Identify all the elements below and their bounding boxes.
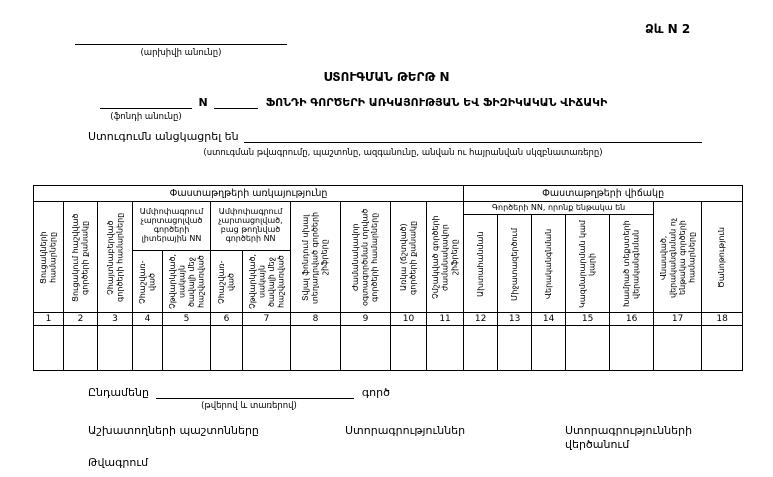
col-num-10: 10 <box>391 313 427 326</box>
subgroup-4-5: Ամփոփագրում չարտացոլված գործերի լիտերայի… <box>133 202 211 251</box>
data-cell-5[interactable] <box>163 326 211 371</box>
verification-field[interactable] <box>244 131 702 143</box>
signatures-label: Ստորագրություններ <box>345 424 465 437</box>
subtitle-line: N ՖՈՆԴԻ ԳՈՐԾԵՐԻ ԱՌԿԱՅՈՒԹՅԱՆ ԵՎ ՖԻԶԻԿԱԿԱՆ… <box>100 96 607 109</box>
col-num-7: 7 <box>243 313 291 326</box>
col-num-5: 5 <box>163 313 211 326</box>
col-num-8: 8 <box>291 313 341 326</box>
col-num-4: 4 <box>133 313 163 326</box>
col-header-2: Ցուցակում հաշվված գործերի քանակը <box>71 205 90 310</box>
col-header-17: Վնասված, վերականգնման ոչ ենթակա գործերի … <box>659 205 697 310</box>
col-header-5: Չթվարկված, սակայն ծավալի մեջ հաշվառված <box>168 254 206 310</box>
col-header-3: Չհայտնաբերված գործերի համարները <box>106 205 125 310</box>
verification-label: Ստուգումն անցկացրել են <box>88 130 239 143</box>
col-num-11: 11 <box>427 313 464 326</box>
total-caption: (թվերով և տառերով) <box>150 401 348 411</box>
subtitle-text: ՖՈՆԴԻ ԳՈՐԾԵՐԻ ԱՌԿԱՅՈՒԹՅԱՆ ԵՎ ՖԻԶԻԿԱԿԱՆ Վ… <box>262 96 608 109</box>
page-title: ՍՏՈՒԳՄԱՆ ԹԵՐԹ N <box>0 70 773 84</box>
col-num-3: 3 <box>98 313 133 326</box>
col-header-18: Ծանոթություն <box>717 205 726 310</box>
col-header-8: Տվյալ ֆոնդում սխալ տեղադրված գործերի շիֆ… <box>301 205 329 310</box>
col-header-7: Չթվարկված, սակայն ծավալի մեջ հաշվառված <box>248 254 286 310</box>
fond-number-field[interactable] <box>214 97 258 109</box>
subgroup-6-7: Ամփոփագրում չարտացոլված, բաց թողնված գոր… <box>211 202 291 251</box>
data-cell-18[interactable] <box>702 326 743 371</box>
col-header-4: Չհաշվառ-ված <box>138 254 157 310</box>
col-num-17: 17 <box>654 313 702 326</box>
col-num-1: 1 <box>34 313 64 326</box>
data-cell-2[interactable] <box>64 326 98 371</box>
archive-name-field[interactable] <box>75 32 287 45</box>
data-cell-6[interactable] <box>211 326 243 371</box>
col-header-13: Միջատազերծում <box>510 218 519 310</box>
data-cell-10[interactable] <box>391 326 427 371</box>
verification-caption: (ստուգման թվագրումը, պաշտոնը, ազգանունը,… <box>120 148 686 158</box>
total-label: Ընդամենը <box>88 386 149 399</box>
col-num-6: 6 <box>211 313 243 326</box>
col-num-16: 16 <box>610 313 654 326</box>
data-cell-14[interactable] <box>532 326 566 371</box>
col-header-12: Ախտահանման <box>476 218 485 310</box>
form-number: Ձև N 2 <box>645 22 690 36</box>
data-cell-12[interactable] <box>464 326 498 371</box>
total-unit: գործ <box>362 386 390 399</box>
total-line: Ընդամենը գործ <box>88 386 390 399</box>
col-header-15: Կազմարարման կամ կարի <box>578 218 597 310</box>
archive-name-caption: (արխիվի անունը) <box>75 48 287 58</box>
col-num-2: 2 <box>64 313 98 326</box>
total-field[interactable] <box>156 387 354 399</box>
col-header-16: Խամրած տեքստերի վերականգնման <box>622 218 641 310</box>
fond-name-field[interactable] <box>100 97 192 109</box>
column-numbers-row: 1 2 3 4 5 6 7 8 9 10 11 12 13 14 15 16 1… <box>34 313 743 326</box>
verification-table: Փաստաթղթերի առկայությունը Փաստաթղթերի վի… <box>33 185 743 371</box>
data-cell-13[interactable] <box>498 326 532 371</box>
data-cell-16[interactable] <box>610 326 654 371</box>
data-cell-1[interactable] <box>34 326 64 371</box>
col-num-12: 12 <box>464 313 498 326</box>
col-header-9: Ժամանակավոր օգտագործման տրված գործերի հա… <box>351 205 379 310</box>
positions-label: Աշխատողների պաշտոնները <box>88 424 259 437</box>
data-cell-9[interactable] <box>341 326 391 371</box>
signature-decoding-label: Ստորագրությունների վերծանում <box>565 424 693 452</box>
fond-n-label: N <box>196 96 211 109</box>
dating-label: Թվագրում <box>88 456 148 469</box>
empty-data-row <box>34 326 743 371</box>
data-cell-7[interactable] <box>243 326 291 371</box>
col-header-14: Վերականգնման <box>544 218 553 310</box>
col-header-11: Չմշակված գործերի ժամանակավոր շիֆրերը <box>431 205 459 310</box>
data-cell-17[interactable] <box>654 326 702 371</box>
form-page: Ձև N 2 (արխիվի անունը) ՍՏՈՒԳՄԱՆ ԹԵՐԹ N N… <box>0 0 773 477</box>
group-condition: Փաստաթղթերի վիճակը <box>464 186 743 202</box>
fond-name-caption: (ֆոնդի անունը) <box>100 112 192 122</box>
col-num-9: 9 <box>341 313 391 326</box>
data-cell-4[interactable] <box>133 326 163 371</box>
col-header-6: Չհաշվառ-ված <box>217 254 236 310</box>
col-num-15: 15 <box>566 313 610 326</box>
verification-line: Ստուգումն անցկացրել են <box>88 130 702 143</box>
col-num-18: 18 <box>702 313 743 326</box>
col-header-1: Ցուցակների համարները <box>39 205 58 310</box>
data-cell-3[interactable] <box>98 326 133 371</box>
col-header-10: Առկա (ճշտված) գործերի քանակը <box>399 205 418 310</box>
subgroup-12-16: Գործերի NN, որոնք ենթակա են <box>464 202 654 215</box>
col-num-13: 13 <box>498 313 532 326</box>
data-cell-8[interactable] <box>291 326 341 371</box>
col-num-14: 14 <box>532 313 566 326</box>
data-cell-11[interactable] <box>427 326 464 371</box>
group-availability: Փաստաթղթերի առկայությունը <box>34 186 464 202</box>
data-cell-15[interactable] <box>566 326 610 371</box>
